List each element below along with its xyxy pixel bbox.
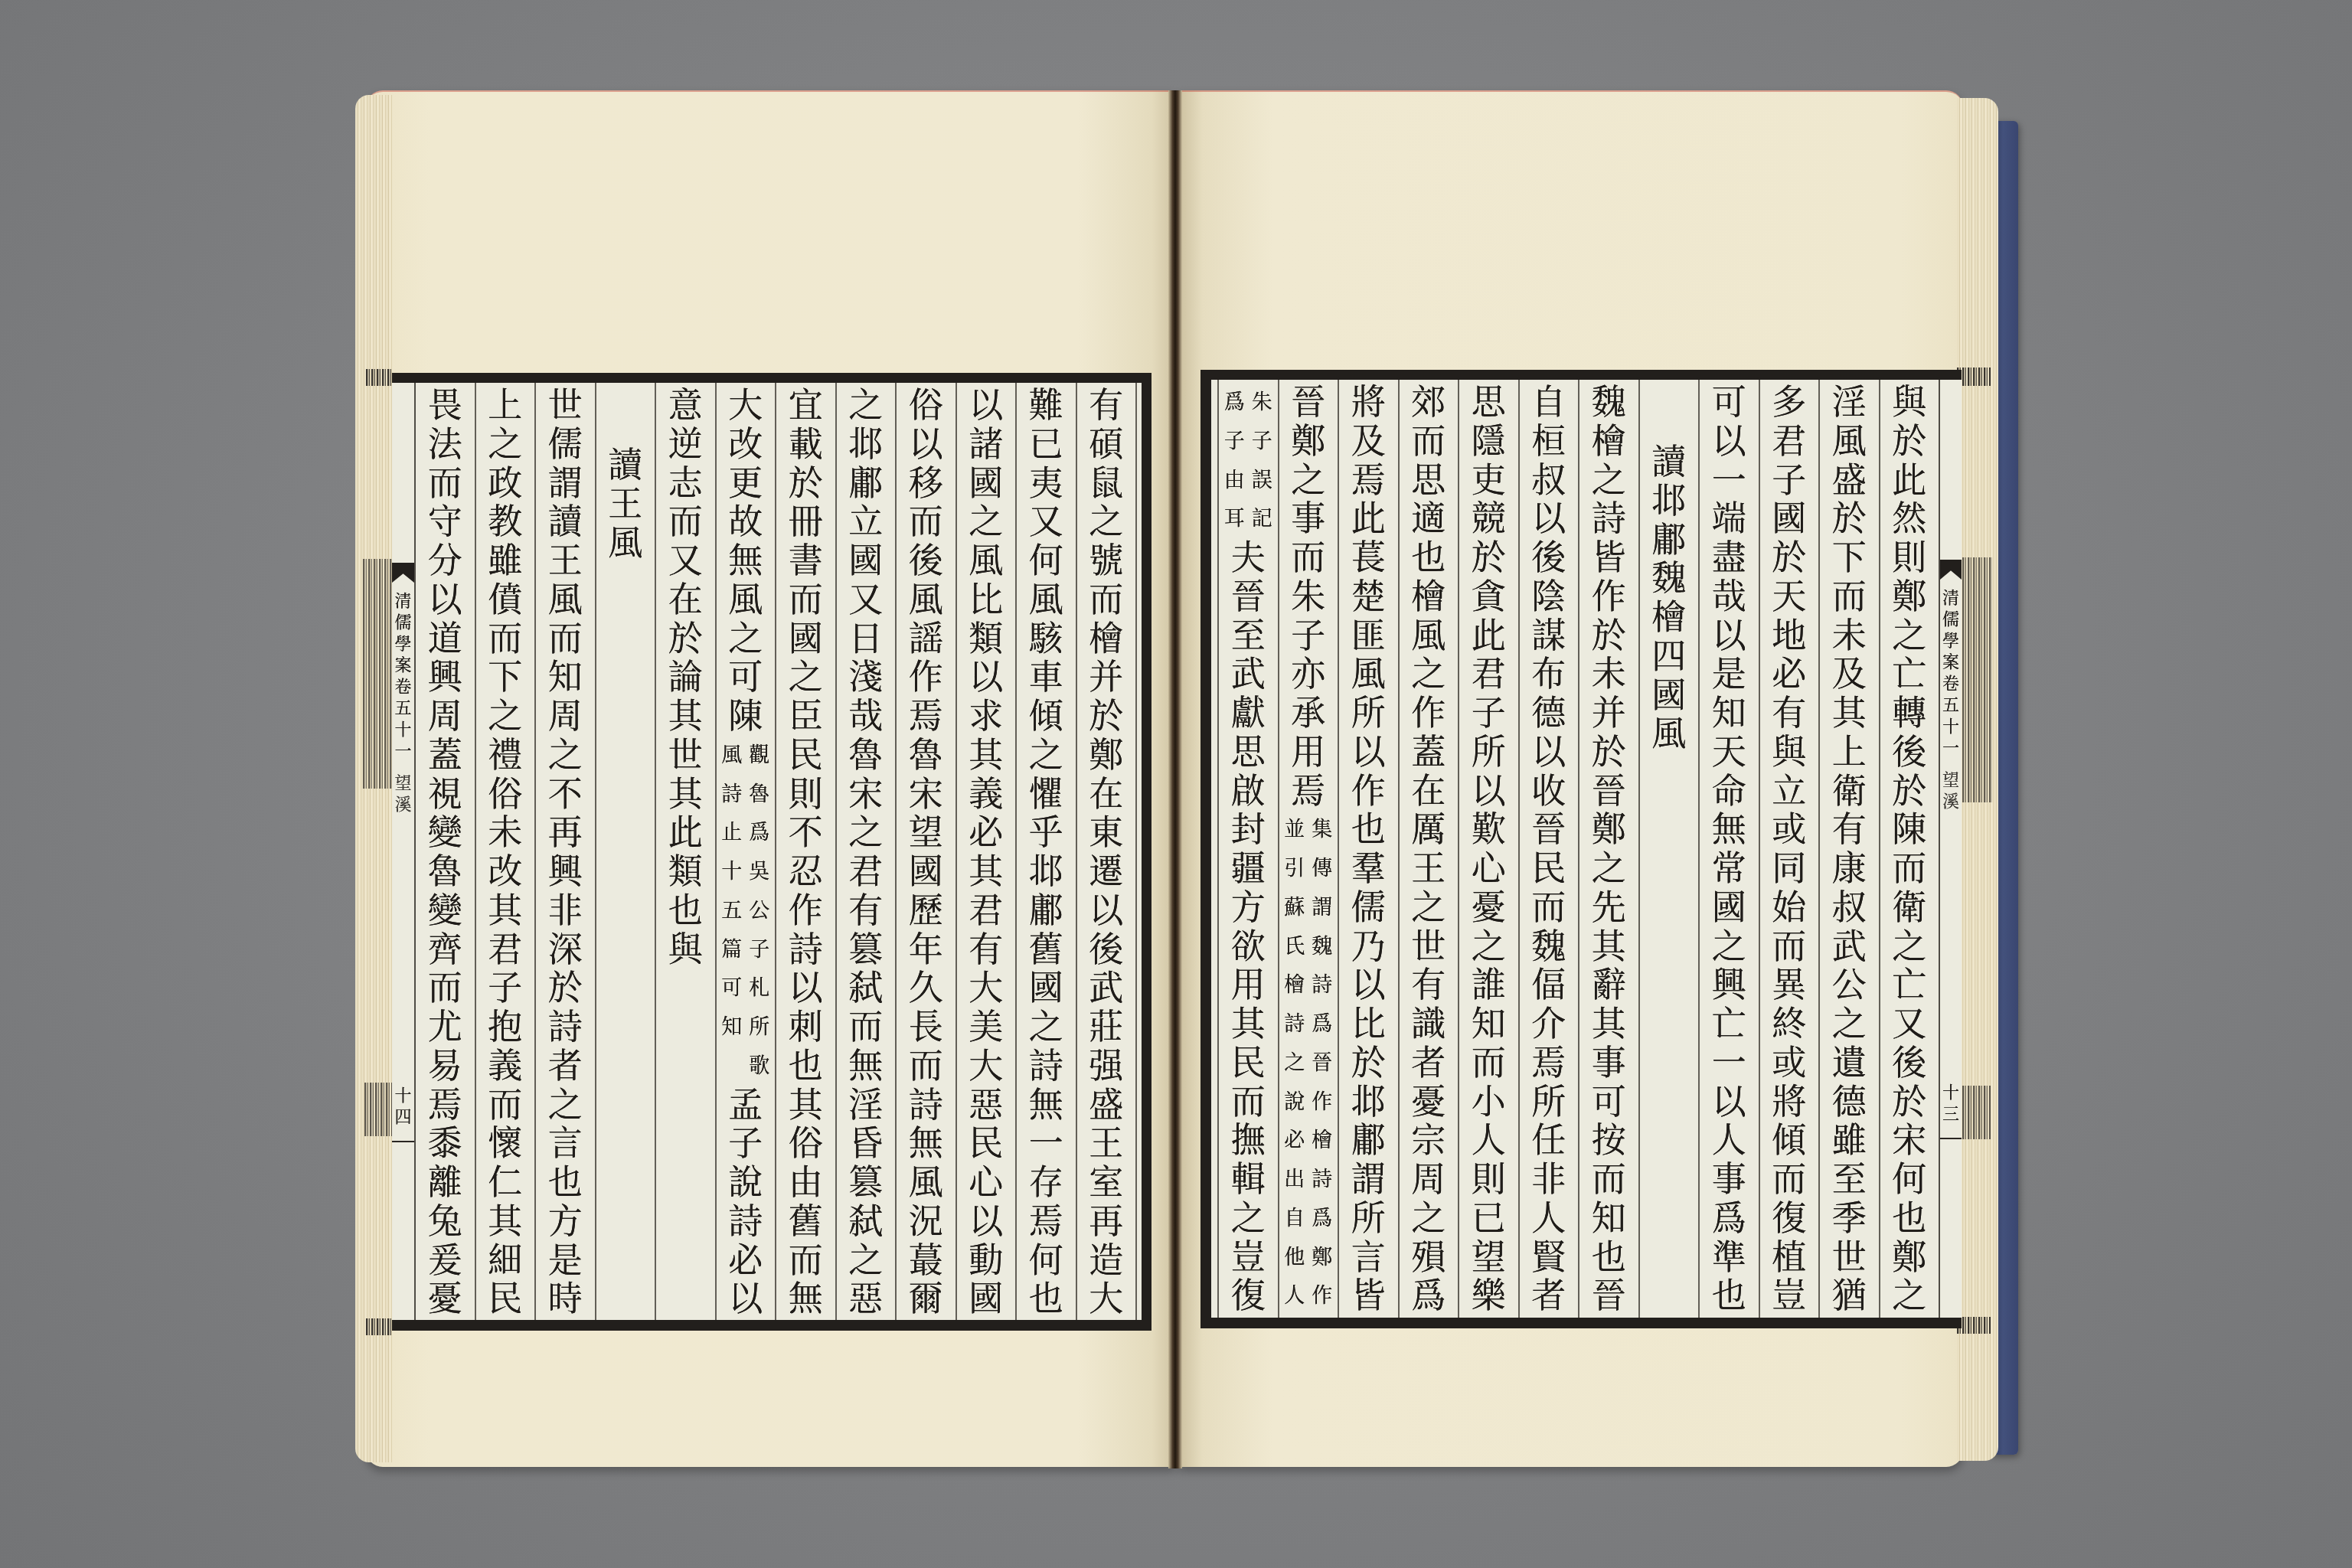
glyph: 而 xyxy=(897,503,955,542)
glyph: 引 xyxy=(1281,850,1308,889)
glyph: 之 xyxy=(536,737,595,776)
glyph: 則 xyxy=(776,776,835,815)
glyph: 必 xyxy=(1760,655,1819,694)
glyph: 風 xyxy=(1339,655,1398,694)
glyph: 而 xyxy=(1520,889,1579,928)
glyph: 號 xyxy=(1077,542,1136,581)
glyph: 遺 xyxy=(1820,1044,1879,1083)
glyph: 人 xyxy=(1459,1122,1518,1161)
glyph: 邶 xyxy=(1339,1083,1398,1122)
glyph: 晉 xyxy=(1279,384,1338,423)
glyph: 鄭 xyxy=(1579,811,1638,850)
glyph: 常 xyxy=(1700,850,1759,889)
glyph: 匪 xyxy=(1339,617,1398,656)
section-heading-column: 讀邶鄘魏檜四國風 xyxy=(1638,380,1699,1318)
glyph: 焉 xyxy=(1339,462,1398,501)
glyph: 氏 xyxy=(1281,928,1308,967)
text-column: 宜載於冊書而國之臣民則不忍作詩以刺也其俗由舊而無 xyxy=(776,383,837,1320)
glyph: 而 xyxy=(1880,850,1939,889)
glyph: 人 xyxy=(1700,1122,1759,1161)
glyph: 三 xyxy=(1940,1104,1962,1125)
glyph: 求 xyxy=(957,697,1016,737)
glyph: 言 xyxy=(1339,1239,1398,1278)
glyph: 也 xyxy=(776,1047,835,1086)
glyph: 皆 xyxy=(1339,1277,1398,1316)
glyph: 望 xyxy=(392,773,414,795)
glyph: 轉 xyxy=(1880,694,1939,733)
glyph: 以 xyxy=(1459,773,1518,812)
glyph: 之 xyxy=(536,1086,595,1125)
fore-edge-ink xyxy=(366,369,392,386)
glyph: 後 xyxy=(1880,733,1939,773)
glyph: 所 xyxy=(1339,694,1398,733)
glyph: 君 xyxy=(837,853,896,892)
column-text: 可以一端盡哉以是知天命無常國之興亡一以人事爲準也 xyxy=(1700,384,1759,1316)
glyph: 作 xyxy=(1579,578,1638,617)
glyph: 其 xyxy=(656,697,715,737)
glyph: 守 xyxy=(416,503,475,542)
glyph: 俗 xyxy=(897,387,955,426)
glyph: 事 xyxy=(1279,500,1338,539)
glyph: 以 xyxy=(1339,733,1398,773)
column-text: 多君子國於天地必有與立或同始而異終或將傾而復植豈 xyxy=(1760,384,1819,1316)
glyph: 乃 xyxy=(1339,928,1398,967)
left-banxin-strip: 清儒學案卷五十一 望溪 十四 xyxy=(392,383,416,1320)
glyph: 其 xyxy=(957,737,1016,776)
glyph: 知 xyxy=(1459,1005,1518,1044)
glyph: 是 xyxy=(1700,655,1759,694)
glyph: 魏 xyxy=(1520,928,1579,967)
glyph: 此 xyxy=(1339,500,1398,539)
fore-edge-ink xyxy=(366,1318,392,1335)
glyph: 而 xyxy=(1820,578,1879,617)
glyph: 觀 xyxy=(746,737,773,776)
glyph: 詩 xyxy=(1308,1161,1336,1200)
glyph: 儒 xyxy=(392,612,414,634)
glyph: 儒 xyxy=(1940,609,1962,631)
glyph: 再 xyxy=(1077,1203,1136,1242)
glyph: 叔 xyxy=(1820,889,1879,928)
glyph: 植 xyxy=(1760,1239,1819,1278)
glyph: 惡 xyxy=(837,1280,896,1319)
glyph: 學 xyxy=(392,634,414,655)
glyph: 駭 xyxy=(1017,620,1076,659)
text-column: 魏檜之詩皆作於未并於晉鄭之先其辭其事可按而知也晉 xyxy=(1578,380,1638,1318)
glyph: 檜 xyxy=(1400,578,1459,617)
column-text: 晉鄭之事而朱子亦承用焉 xyxy=(1279,384,1338,811)
glyph: 豈 xyxy=(1219,1239,1278,1278)
glyph: 宋 xyxy=(837,776,896,815)
glyph: 所 xyxy=(746,1008,773,1047)
annotation-left-line: 並引蘇氏檜詩之說必出自他人 xyxy=(1281,811,1308,1316)
glyph: 事 xyxy=(1579,1044,1638,1083)
glyph: 非 xyxy=(1520,1161,1579,1200)
text-column: 自桓叔以後陰謀布德以收晉民而魏偪介焉所任非人賢者 xyxy=(1518,380,1579,1318)
glyph: 後 xyxy=(897,542,955,581)
glyph: 風 xyxy=(897,1164,955,1203)
glyph: 改 xyxy=(717,426,776,465)
glyph: 國 xyxy=(1760,500,1819,539)
glyph: 晉 xyxy=(1219,578,1278,617)
glyph: 由 xyxy=(1220,462,1248,501)
glyph: 其 xyxy=(476,1203,535,1242)
glyph: 五 xyxy=(718,892,746,931)
glyph: 蓋 xyxy=(416,737,475,776)
glyph: 乎 xyxy=(1017,814,1076,853)
glyph: 以 xyxy=(1700,617,1759,656)
glyph: 詩 xyxy=(897,1086,955,1125)
glyph: 思 xyxy=(1459,384,1518,423)
glyph: 望 xyxy=(1459,1239,1518,1278)
glyph: 亡 xyxy=(1700,1005,1759,1044)
glyph: 方 xyxy=(1219,889,1278,928)
glyph: 已 xyxy=(1017,426,1076,465)
annotation-left-line: 爲子由耳 xyxy=(1220,384,1248,539)
glyph: 知 xyxy=(1700,694,1759,733)
glyph: 事 xyxy=(1700,1161,1759,1200)
glyph: 道 xyxy=(416,620,475,659)
glyph: 其 xyxy=(776,1086,835,1125)
glyph: 爲 xyxy=(1700,1200,1759,1239)
left-text-block: 清儒學案卷五十一 望溪 十四 有碩鼠之號而檜并於鄭在東遷以後武莊强盛王室再造大 … xyxy=(392,373,1151,1331)
glyph: 之 xyxy=(1579,850,1638,889)
glyph: 競 xyxy=(1459,500,1518,539)
glyph: 封 xyxy=(1219,811,1278,850)
glyph: 風 xyxy=(1400,617,1459,656)
glyph: 又 xyxy=(1880,1005,1939,1044)
glyph: 魯 xyxy=(416,853,475,892)
glyph: 大 xyxy=(1077,1280,1136,1319)
glyph: 魯 xyxy=(837,737,896,776)
glyph: 未 xyxy=(1579,655,1638,694)
glyph: 於 xyxy=(1077,697,1136,737)
section-heading: 讀邶鄘魏檜四國風 xyxy=(1640,443,1699,754)
glyph: 以 xyxy=(957,1203,1016,1242)
glyph: 并 xyxy=(1077,658,1136,697)
glyph: 視 xyxy=(416,776,475,815)
glyph: 知 xyxy=(536,658,595,697)
glyph: 之 xyxy=(1017,737,1076,776)
glyph: 而 xyxy=(1760,1161,1819,1200)
glyph: 於 xyxy=(1760,539,1819,578)
glyph: 仁 xyxy=(476,1164,535,1203)
glyph: 歎 xyxy=(1459,811,1518,850)
glyph: 非 xyxy=(536,892,595,931)
glyph: 其 xyxy=(476,892,535,931)
glyph: 意 xyxy=(656,387,715,426)
glyph: 者 xyxy=(1520,1277,1579,1316)
glyph: 再 xyxy=(536,814,595,853)
glyph: 始 xyxy=(1760,889,1819,928)
glyph: 於 xyxy=(536,969,595,1008)
glyph: 夫 xyxy=(1219,539,1278,578)
glyph: 焉 xyxy=(897,697,955,737)
glyph: 更 xyxy=(717,465,776,504)
glyph: 無 xyxy=(776,1280,835,1319)
glyph: 風 xyxy=(717,581,776,620)
glyph: 十 xyxy=(392,720,414,741)
glyph: 亡 xyxy=(1880,966,1939,1005)
glyph: 類 xyxy=(957,620,1016,659)
glyph: 比 xyxy=(1339,1005,1398,1044)
glyph: 詩 xyxy=(1017,1047,1076,1086)
text-column: 上之政教雖僨而下之禮俗未改其君子抱義而懷仁其細民 xyxy=(476,383,537,1320)
glyph: 之 xyxy=(837,387,896,426)
glyph: 先 xyxy=(1579,889,1638,928)
glyph: 國 xyxy=(776,620,835,659)
glyph: 大 xyxy=(957,1047,1016,1086)
glyph: 之 xyxy=(1459,928,1518,967)
glyph: 志 xyxy=(656,465,715,504)
glyph: 以 xyxy=(1520,500,1579,539)
glyph: 王 xyxy=(536,542,595,581)
glyph: 風 xyxy=(718,737,746,776)
glyph: 子 xyxy=(746,931,773,970)
glyph: 魏 xyxy=(1579,384,1638,423)
glyph: 下 xyxy=(1820,539,1879,578)
glyph: 國 xyxy=(957,465,1016,504)
glyph: 子 xyxy=(1248,423,1276,462)
glyph: 一 xyxy=(392,741,414,763)
text-column: 世儒謂讀王風而知周之不再興非深於詩者之言也方是時 xyxy=(536,383,596,1320)
glyph: 宜 xyxy=(776,387,835,426)
glyph: 以 xyxy=(1077,892,1136,931)
glyph: 故 xyxy=(717,503,776,542)
glyph: 晉 xyxy=(1579,773,1638,812)
glyph: 謂 xyxy=(1339,1161,1398,1200)
glyph: 鼠 xyxy=(1077,465,1136,504)
glyph: 造 xyxy=(1077,1242,1136,1281)
glyph: 於 xyxy=(1880,773,1939,812)
glyph: 子 xyxy=(476,969,535,1008)
glyph: 弑 xyxy=(837,969,896,1008)
glyph: 之 xyxy=(1880,928,1939,967)
glyph: 無 xyxy=(897,1125,955,1164)
glyph: 於 xyxy=(656,620,715,659)
glyph: 邶 xyxy=(1017,853,1076,892)
glyph: 止 xyxy=(718,814,746,853)
glyph: 望 xyxy=(1940,770,1962,792)
glyph: 民 xyxy=(957,1125,1016,1164)
glyph: 焉 xyxy=(1279,773,1338,812)
glyph: 未 xyxy=(1820,617,1879,656)
glyph: 國 xyxy=(1700,889,1759,928)
glyph: 而 xyxy=(1579,1161,1638,1200)
glyph: 齊 xyxy=(416,931,475,970)
glyph: 或 xyxy=(1760,811,1819,850)
glyph: 晉 xyxy=(1308,1044,1336,1083)
glyph: 羣 xyxy=(1339,850,1398,889)
glyph: 細 xyxy=(476,1242,535,1281)
glyph: 國 xyxy=(837,542,896,581)
glyph: 時 xyxy=(536,1280,595,1319)
glyph: 變 xyxy=(416,892,475,931)
glyph: 出 xyxy=(1281,1161,1308,1200)
glyph: 夷 xyxy=(1017,465,1076,504)
glyph: 十 xyxy=(392,1086,414,1107)
glyph: 猶 xyxy=(1820,1277,1879,1316)
glyph: 不 xyxy=(536,776,595,815)
glyph: 在 xyxy=(1400,773,1459,812)
left-text-columns: 有碩鼠之號而檜并於鄭在東遷以後武莊强盛王室再造大 難已夷又何風駭車傾之懼乎邶鄘舊… xyxy=(416,383,1137,1320)
glyph: 變 xyxy=(416,814,475,853)
glyph: 鄭 xyxy=(1077,737,1136,776)
glyph: 武 xyxy=(1077,969,1136,1008)
glyph: 之 xyxy=(776,658,835,697)
glyph: 蓋 xyxy=(1400,733,1459,773)
glyph: 案 xyxy=(1940,652,1962,674)
glyph: 所 xyxy=(1339,1200,1398,1239)
glyph: 於 xyxy=(1579,617,1638,656)
glyph: 則 xyxy=(1459,1161,1518,1200)
glyph: 子 xyxy=(1220,423,1248,462)
annotation-right-line: 集傳謂魏詩爲晉作檜詩爲鄭作 xyxy=(1308,811,1336,1316)
right-banxin-strip: 清儒學案卷五十一 望溪 十三 xyxy=(1939,380,1962,1318)
glyph: 而 xyxy=(476,620,535,659)
glyph: 將 xyxy=(1339,384,1398,423)
glyph: 與 xyxy=(1760,733,1819,773)
glyph: 昏 xyxy=(837,1125,896,1164)
glyph: 必 xyxy=(957,814,1016,853)
glyph: 及 xyxy=(1339,423,1398,462)
glyph: 諸 xyxy=(957,426,1016,465)
glyph: 德 xyxy=(1820,1083,1879,1122)
glyph: 季 xyxy=(1820,1200,1879,1239)
glyph: 耳 xyxy=(1220,500,1248,539)
glyph: 以 xyxy=(1700,1083,1759,1122)
glyph: 又 xyxy=(656,542,715,581)
glyph: 政 xyxy=(476,465,535,504)
glyph: 畏 xyxy=(416,387,475,426)
glyph: 多 xyxy=(1760,384,1819,423)
glyph: 世 xyxy=(1400,928,1459,967)
glyph: 黍 xyxy=(416,1125,475,1164)
glyph: 十 xyxy=(1940,1083,1962,1104)
glyph: 必 xyxy=(717,1242,776,1281)
glyph: 風 xyxy=(536,581,595,620)
glyph: 公 xyxy=(746,892,773,931)
glyph: 君 xyxy=(1459,655,1518,694)
column-text: 將及焉此萇楚匪風所以作也羣儒乃以比於邶鄘謂所言皆 xyxy=(1339,384,1398,1316)
glyph: 而 xyxy=(416,465,475,504)
glyph: 國 xyxy=(957,1280,1016,1319)
glyph: 作 xyxy=(776,892,835,931)
glyph: 以 xyxy=(957,658,1016,697)
glyph: 其 xyxy=(957,853,1016,892)
text-column: 多君子國於天地必有與立或同始而異終或將傾而復植豈 xyxy=(1759,380,1819,1318)
glyph: 皆 xyxy=(1579,539,1638,578)
glyph: 東 xyxy=(1077,814,1136,853)
column-text: 之邶鄘立國又日淺哉魯宋之君有篡弑而無淫昏篡弑之惡 xyxy=(837,387,896,1319)
glyph: 所 xyxy=(1520,1083,1579,1122)
glyph: 上 xyxy=(476,387,535,426)
glyph: 自 xyxy=(1520,384,1579,423)
glyph: 適 xyxy=(1400,500,1459,539)
glyph: 雖 xyxy=(1820,1122,1879,1161)
glyph: 之 xyxy=(476,697,535,737)
glyph: 魏 xyxy=(1640,560,1699,599)
column-text: 大改更故無風之可陳 xyxy=(717,387,776,737)
glyph: 天 xyxy=(1700,733,1759,773)
glyph: 記 xyxy=(1248,500,1276,539)
glyph: 之 xyxy=(1400,655,1459,694)
glyph: 民 xyxy=(776,737,835,776)
glyph: 武 xyxy=(1820,928,1879,967)
glyph: 所 xyxy=(1459,733,1518,773)
glyph: 衛 xyxy=(1880,889,1939,928)
glyph: 之 xyxy=(1820,1005,1879,1044)
glyph: 之 xyxy=(1880,1277,1939,1316)
glyph: 以 xyxy=(957,387,1016,426)
glyph: 作 xyxy=(1339,773,1398,812)
glyph: 陰 xyxy=(1520,578,1579,617)
glyph: 小 xyxy=(1459,1083,1518,1122)
glyph: 亡 xyxy=(1880,655,1939,694)
glyph: 及 xyxy=(1820,655,1879,694)
glyph: 偪 xyxy=(1520,966,1579,1005)
glyph: 比 xyxy=(957,581,1016,620)
glyph: 以 xyxy=(1339,966,1398,1005)
glyph: 美 xyxy=(957,1008,1016,1047)
glyph: 檜 xyxy=(1640,599,1699,638)
glyph: 淫 xyxy=(837,1086,896,1125)
glyph: 以 xyxy=(776,969,835,1008)
glyph: 叔 xyxy=(1520,462,1579,501)
glyph: 車 xyxy=(1017,658,1076,697)
glyph: 然 xyxy=(1880,500,1939,539)
glyph: 鄭 xyxy=(1279,423,1338,462)
glyph: 或 xyxy=(1760,1044,1819,1083)
glyph: 憂 xyxy=(1400,1083,1459,1122)
glyph: 德 xyxy=(1520,694,1579,733)
glyph: 并 xyxy=(1579,694,1638,733)
glyph: 思 xyxy=(1219,733,1278,773)
glyph: 之 xyxy=(1700,928,1759,967)
glyph: 傳 xyxy=(1308,850,1336,889)
glyph: 而 xyxy=(776,581,835,620)
column-text: 自桓叔以後陰謀布德以收晉民而魏偪介焉所任非人賢者 xyxy=(1520,384,1579,1316)
glyph: 邶 xyxy=(837,426,896,465)
glyph: 檜 xyxy=(1281,966,1308,1005)
glyph: 君 xyxy=(1760,423,1819,462)
glyph: 郊 xyxy=(1400,384,1459,423)
column-text: 思隱吏競於貪此君子所以歎心憂之誰知而小人則已望樂 xyxy=(1459,384,1518,1316)
glyph: 有 xyxy=(1820,811,1879,850)
frame-gap xyxy=(1137,383,1142,1320)
glyph: 用 xyxy=(1219,966,1278,1005)
glyph: 吳 xyxy=(746,853,773,892)
glyph: 況 xyxy=(897,1203,955,1242)
glyph: 不 xyxy=(776,814,835,853)
glyph: 誤 xyxy=(1248,462,1276,501)
glyph: 晉 xyxy=(1579,1277,1638,1316)
glyph: 風 xyxy=(1017,581,1076,620)
glyph: 長 xyxy=(897,1008,955,1047)
glyph: 無 xyxy=(1700,811,1759,850)
annotation-left-line: 風詩止十五篇可知 xyxy=(718,737,746,1086)
glyph: 禮 xyxy=(476,737,535,776)
glyph: 日 xyxy=(837,620,896,659)
glyph: 獻 xyxy=(1219,694,1278,733)
glyph: 作 xyxy=(1400,694,1459,733)
glyph: 也 xyxy=(1400,539,1459,578)
glyph: 思 xyxy=(1400,462,1459,501)
glyph: 焉 xyxy=(1520,1044,1579,1083)
glyph: 武 xyxy=(1219,655,1278,694)
glyph: 吏 xyxy=(1459,462,1518,501)
running-title: 清儒學案卷五十一 xyxy=(392,591,414,763)
glyph: 爲 xyxy=(1220,384,1248,423)
